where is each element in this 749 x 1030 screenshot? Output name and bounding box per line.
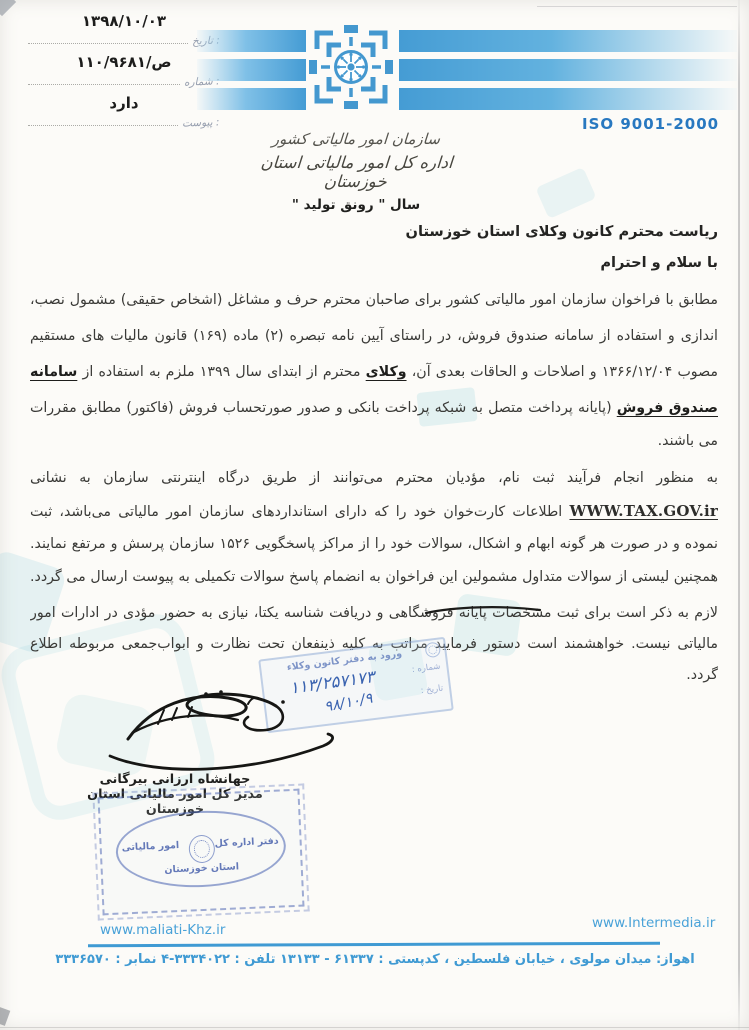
dotted-line [28, 125, 178, 126]
dotted-line [28, 43, 188, 44]
body-text: اطلاعات کارت‌خوان خود را که دارای استاند… [30, 504, 562, 520]
year-slogan: سال " رونق تولید " [228, 197, 484, 213]
body-line: نموده و در صورت هر گونه ابهام و اشکال، س… [30, 528, 718, 561]
stamp-oval-border: دفتر اداره کل امور مالیاتی استان خوزستان [114, 807, 287, 890]
letter-meta-block: ۱۳۹۸/۱۰/۰۳ تاریخ : ص/۱۱۰/۹۶۸۱ شماره : دا… [28, 12, 220, 135]
scan-corner-mark [0, 0, 16, 16]
website-right: www.Intermedia.ir [592, 915, 715, 931]
header-bar [197, 59, 306, 81]
scan-edge-top [537, 6, 737, 7]
body-line: WWW.TAX.GOV.ir اطلاعات کارت‌خوان خود را … [30, 495, 718, 528]
emphasized-word: وکلای [366, 364, 407, 380]
footer-address: اهواز: میدان مولوی ، خیابان فلسطین ، کدپ… [50, 952, 700, 967]
paragraph-1: مطابق با فراخوان سازمان امور مالیاتی کشو… [30, 282, 718, 456]
attachment-value: دارد [28, 94, 220, 112]
office-stamp: دفتر اداره کل امور مالیاتی استان خوزستان [98, 789, 305, 916]
header-bar [399, 59, 737, 81]
stamp-emblem-icon [424, 642, 441, 659]
header-bar [197, 88, 306, 110]
scan-edge-bottom [0, 1027, 749, 1028]
body-text: مصوب ۱۳۶۶/۱۲/۰۴ و اصلاحات و الحاقات بعدی… [412, 364, 718, 380]
iso-certification-text: ISO 9001-2000 [582, 115, 719, 133]
attachment-label: پیوست : [182, 116, 220, 129]
stamp-date-label: تاریخ : [420, 683, 444, 696]
emphasized-word: سامانه [30, 364, 77, 380]
body-text: (پایانه پرداخت متصل به شبکه پرداخت بانکی… [30, 400, 612, 416]
office-name: اداره کل امور مالیاتی استان خوزستان [227, 153, 486, 191]
paragraph-2: به منظور انجام فرآیند ثبت نام، مؤدیان مح… [30, 462, 718, 594]
body-line: مطابق با فراخوان سازمان امور مالیاتی کشو… [30, 282, 718, 318]
body-line: مصوب ۱۳۶۶/۱۲/۰۴ و اصلاحات و الحاقات بعدی… [30, 354, 718, 390]
emphasized-word: صندوق فروش [617, 400, 718, 416]
signature-ink [98, 684, 348, 784]
dotted-line [28, 84, 180, 85]
header-bar [399, 88, 737, 110]
signatory-name: جهانشاه ارزانی بیرگانی [60, 772, 290, 787]
scan-edge-right [738, 0, 740, 1030]
body-text: محترم از ابتدای سال ۱۳۹۹ ملزم به استفاده… [83, 364, 361, 380]
header-bar [197, 30, 306, 52]
letter-body: ریاست محترم کانون وکلای استان خوزستان با… [30, 218, 718, 690]
body-line: صندوق فروش (پایانه پرداخت متصل به شبکه پ… [30, 390, 718, 426]
body-line: می باشند. [30, 426, 718, 456]
tax-website-url: WWW.TAX.GOV.ir [569, 502, 718, 520]
scan-corner-mark [0, 1006, 10, 1026]
website-left: www.maliati-Khz.ir [100, 922, 225, 938]
organization-titles: سازمان امور مالیاتی کشور اداره کل امور م… [228, 130, 484, 213]
office-stamp-text: امور مالیاتی [122, 840, 180, 853]
stamp-number-label: شماره : [411, 662, 441, 675]
office-stamp-text: دفتر اداره کل [214, 836, 278, 850]
office-stamp-text: استان خوزستان [119, 859, 285, 877]
salutation-line: با سلام و احترام [30, 246, 718, 280]
organization-name: سازمان امور مالیاتی کشور [227, 130, 484, 148]
tax-organization-logo [307, 23, 395, 111]
body-line: همچنین لیستی از سوالات متداول مشمولین ای… [30, 561, 718, 594]
letter-number-value: ص/۱۱۰/۹۶۸۱ [28, 53, 220, 71]
header-bar [399, 30, 737, 52]
footer-divider [88, 942, 660, 947]
bleed-mark [535, 167, 596, 219]
body-line: لازم به ذکر است برای ثبت مشخصات پایانه ف… [30, 598, 718, 629]
recipient-line: ریاست محترم کانون وکلای استان خوزستان [30, 218, 718, 246]
body-line: اندازی و استفاده از سامانه صندوق فروش، د… [30, 318, 718, 354]
scanned-letter-page: ۱۳۹۸/۱۰/۰۳ تاریخ : ص/۱۱۰/۹۶۸۱ شماره : دا… [0, 0, 749, 1030]
body-line: به منظور انجام فرآیند ثبت نام، مؤدیان مح… [30, 462, 718, 495]
handwritten-underline [424, 604, 542, 616]
stamp-emblem-icon [188, 834, 215, 863]
letter-date-value: ۱۳۹۸/۱۰/۰۳ [28, 12, 220, 30]
